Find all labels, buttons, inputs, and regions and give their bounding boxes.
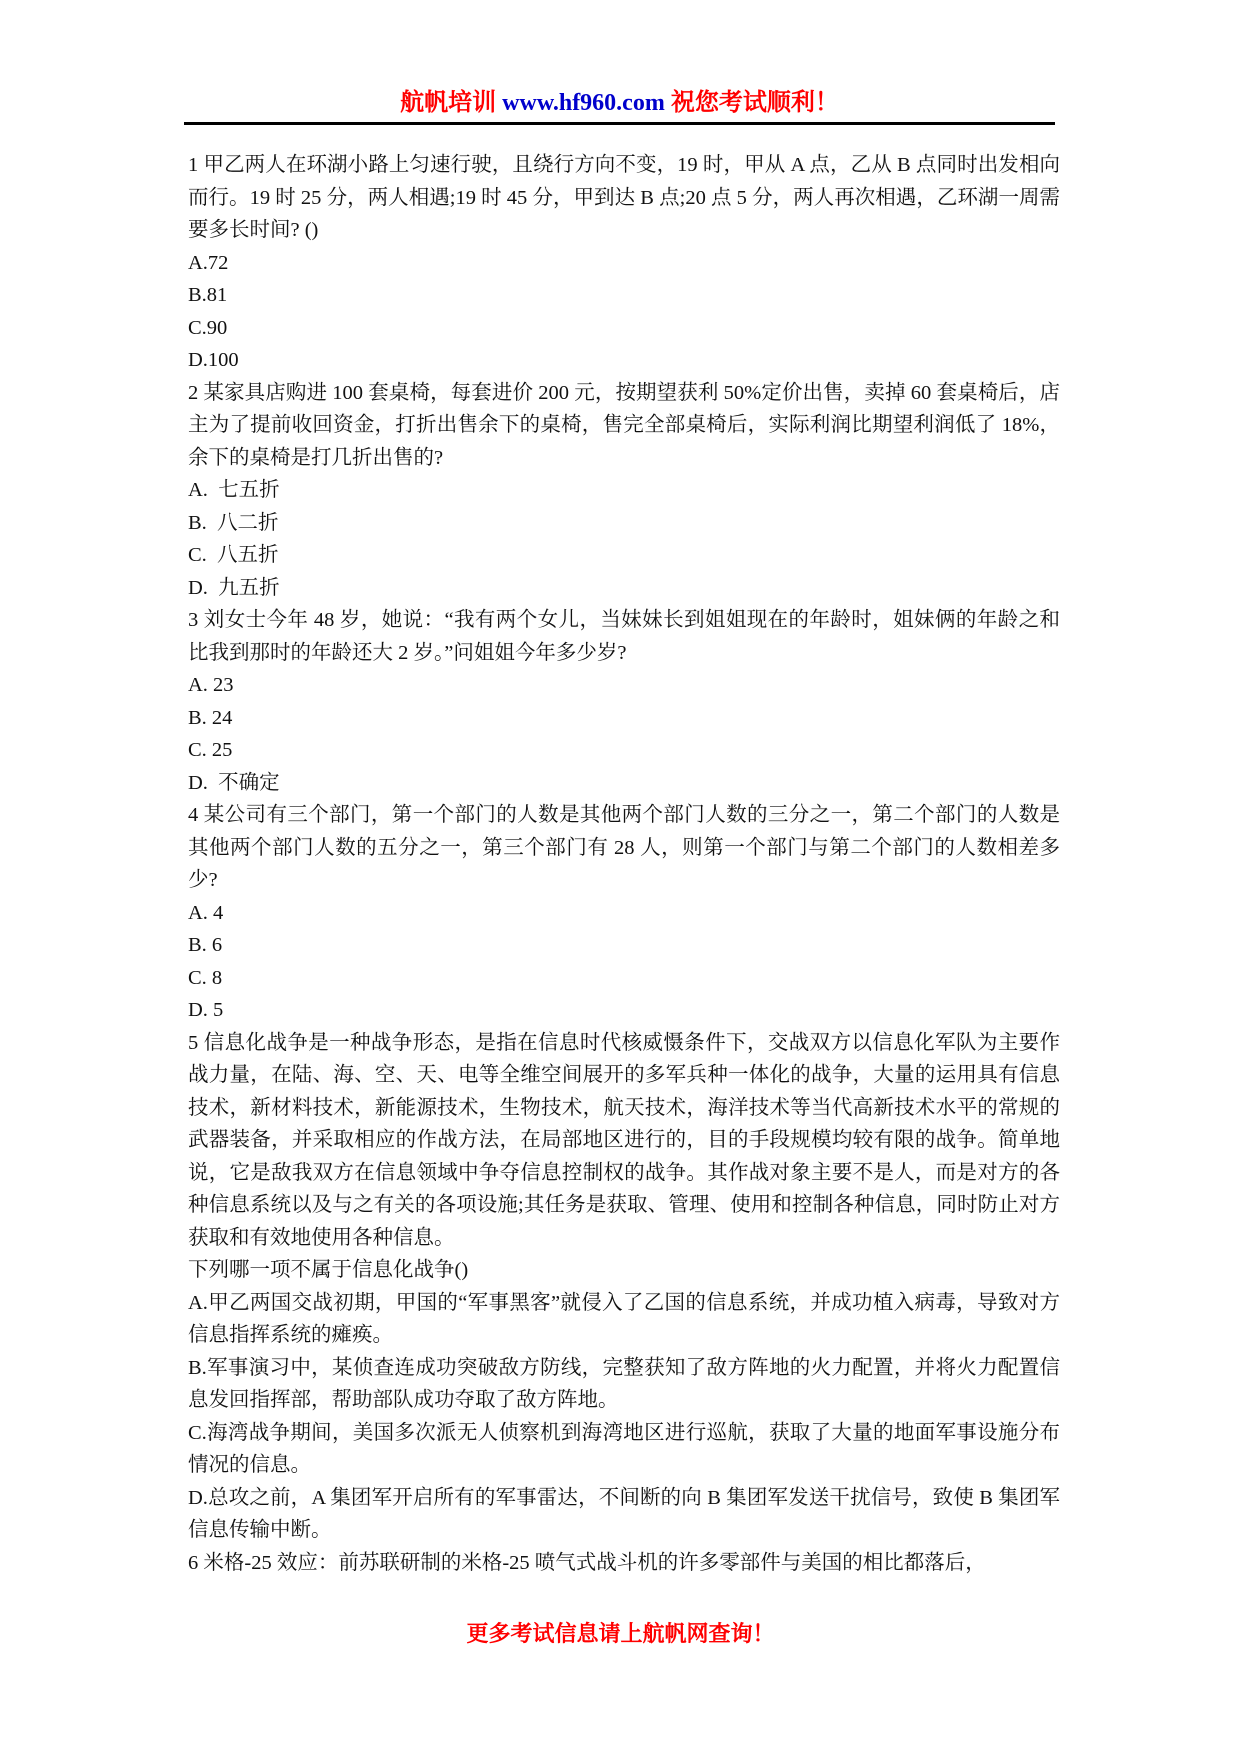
question-1-stem: 1 甲乙两人在环湖小路上匀速行驶，且绕行方向不变，19 时，甲从 A 点，乙从 … bbox=[188, 149, 1060, 247]
question-5-prompt: 下列哪一项不属于信息化战争() bbox=[188, 1254, 1060, 1287]
question-3-stem: 3 刘女士今年 48 岁，她说：“我有两个女儿，当妹妹长到姐姐现在的年龄时，姐妹… bbox=[188, 604, 1060, 669]
question-5-option-c: C.海湾战争期间，美国多次派无人侦察机到海湾地区进行巡航，获取了大量的地面军事设… bbox=[188, 1417, 1060, 1482]
question-1-option-d: D.100 bbox=[188, 344, 1060, 377]
question-4-option-d: D. 5 bbox=[188, 994, 1060, 1027]
question-2-option-b: B. 八二折 bbox=[188, 507, 1060, 540]
question-4-stem: 4 某公司有三个部门，第一个部门的人数是其他两个部门人数的三分之一，第二个部门的… bbox=[188, 799, 1060, 897]
question-3-option-c: C. 25 bbox=[188, 734, 1060, 767]
question-1-option-c: C.90 bbox=[188, 312, 1060, 345]
question-1-option-b: B.81 bbox=[188, 279, 1060, 312]
question-2-option-a: A. 七五折 bbox=[188, 474, 1060, 507]
question-5-option-d: D.总攻之前，A 集团军开启所有的军事雷达，不间断的向 B 集团军发送干扰信号，… bbox=[188, 1482, 1060, 1547]
question-4-option-c: C. 8 bbox=[188, 962, 1060, 995]
header-divider bbox=[184, 122, 1055, 125]
question-2-option-d: D. 九五折 bbox=[188, 572, 1060, 605]
question-5-option-a: A.甲乙两国交战初期，甲国的“军事黑客”就侵入了乙国的信息系统，并成功植入病毒，… bbox=[188, 1287, 1060, 1352]
question-3-option-d: D. 不确定 bbox=[188, 767, 1060, 800]
page-header: 航帆培训 www.hf960.com 祝您考试顺利！ bbox=[184, 88, 1055, 118]
question-4-option-a: A. 4 bbox=[188, 897, 1060, 930]
document-body: 1 甲乙两人在环湖小路上匀速行驶，且绕行方向不变，19 时，甲从 A 点，乙从 … bbox=[188, 149, 1060, 1579]
question-1-option-a: A.72 bbox=[188, 247, 1060, 280]
question-5-option-b: B.军事演习中，某侦查连成功突破敌方防线，完整获知了敌方阵地的火力配置，并将火力… bbox=[188, 1352, 1060, 1417]
question-3-option-a: A. 23 bbox=[188, 669, 1060, 702]
question-3-option-b: B. 24 bbox=[188, 702, 1060, 735]
question-6-stem: 6 米格-25 效应：前苏联研制的米格-25 喷气式战斗机的许多零部件与美国的相… bbox=[188, 1547, 1060, 1580]
question-4-option-b: B. 6 bbox=[188, 929, 1060, 962]
page-footer: 更多考试信息请上航帆网查询！ bbox=[0, 1620, 1241, 1650]
question-2-stem: 2 某家具店购进 100 套桌椅，每套进价 200 元，按期望获利 50%定价出… bbox=[188, 377, 1060, 475]
header-url-link[interactable]: www.hf960.com bbox=[502, 90, 665, 116]
question-5-stem: 5 信息化战争是一种战争形态，是指在信息时代核威慑条件下，交战双方以信息化军队为… bbox=[188, 1027, 1060, 1255]
header-prefix: 航帆培训 bbox=[400, 90, 502, 116]
question-2-option-c: C. 八五折 bbox=[188, 539, 1060, 572]
header-suffix: 祝您考试顺利！ bbox=[665, 90, 839, 116]
